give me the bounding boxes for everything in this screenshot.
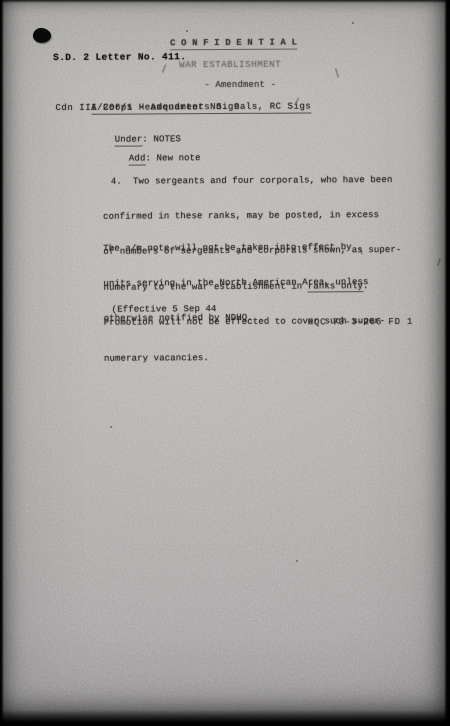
paragraph-line: units serving in the North American Area…: [103, 277, 408, 291]
note-line: 4. Two sergeants and four corporals, who…: [103, 174, 408, 188]
file-reference: HQC 70-3-266 FD 1: [308, 317, 413, 328]
classification-stamp: C O N F I D E N T I A L: [170, 38, 297, 51]
amendment-heading: - Amendment -: [204, 80, 276, 90]
effective-date: (Effective 5 Sep 44: [112, 304, 217, 315]
second-paragraph: The a/m note will not be taken into effe…: [103, 218, 409, 350]
paragraph-line: The a/m note will not be taken into effe…: [103, 241, 408, 255]
scanned-document-page: C O N F I D E N T I A L S.D. 2 Letter No…: [0, 0, 450, 726]
unit-reference: Cdn III/206/1 - Amendment No. 9: [55, 102, 240, 113]
document-text-layer: C O N F I D E N T I A L S.D. 2 Letter No…: [0, 0, 450, 726]
letter-number: S.D. 2 Letter No. 411.: [53, 51, 186, 63]
note-line: numerary vacancies.: [104, 351, 409, 365]
watermark-war-establishment: WAR ESTABLISHMENT: [179, 60, 281, 71]
